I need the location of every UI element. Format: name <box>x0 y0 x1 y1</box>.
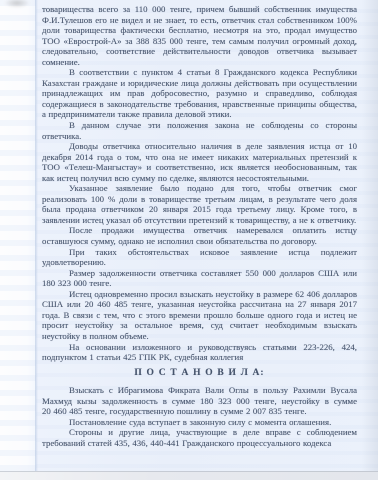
paragraph: Истец одновременно просил взыскать неуст… <box>42 289 357 342</box>
scanned-document-page: товарищества всего за 110 000 тенге, при… <box>0 0 378 480</box>
page-fold-line <box>35 0 38 480</box>
resolution-paragraph: Взыскать с Ибрагимова Фикрата Вали Оглы … <box>42 385 357 417</box>
paragraph: В соответствии с пунктом 4 статьи 8 Граж… <box>42 67 357 120</box>
paragraph: На основании изложенного и руководствуяс… <box>42 342 357 363</box>
resolution-paragraph: Стороны и другие лица, участвующие в дел… <box>42 427 357 448</box>
paragraph: Доводы ответчика относительно наличия в … <box>42 141 357 183</box>
document-body: товарищества всего за 110 000 тенге, при… <box>42 4 357 448</box>
scan-right-shadow <box>362 0 378 480</box>
paragraph: Указанное заявление было подано для того… <box>42 183 357 225</box>
paragraph: товарищества всего за 110 000 тенге, при… <box>42 4 357 67</box>
paragraph: Размер задолженности ответчика составляе… <box>42 268 357 289</box>
scan-corner-smudge <box>4 0 30 8</box>
scan-bottom-edge <box>0 471 378 480</box>
paragraph: После продажи имущества ответчик намерев… <box>42 225 357 246</box>
resolution-paragraph: Постановление суда вступает в законную с… <box>42 417 357 428</box>
paragraph: В данном случае эти положения закона не … <box>42 120 357 141</box>
paragraph: При таких обстоятельствах исковое заявле… <box>42 247 357 268</box>
resolution-heading: П О С Т А Н О В И Л А: <box>42 368 357 379</box>
scan-left-margin <box>0 0 36 480</box>
